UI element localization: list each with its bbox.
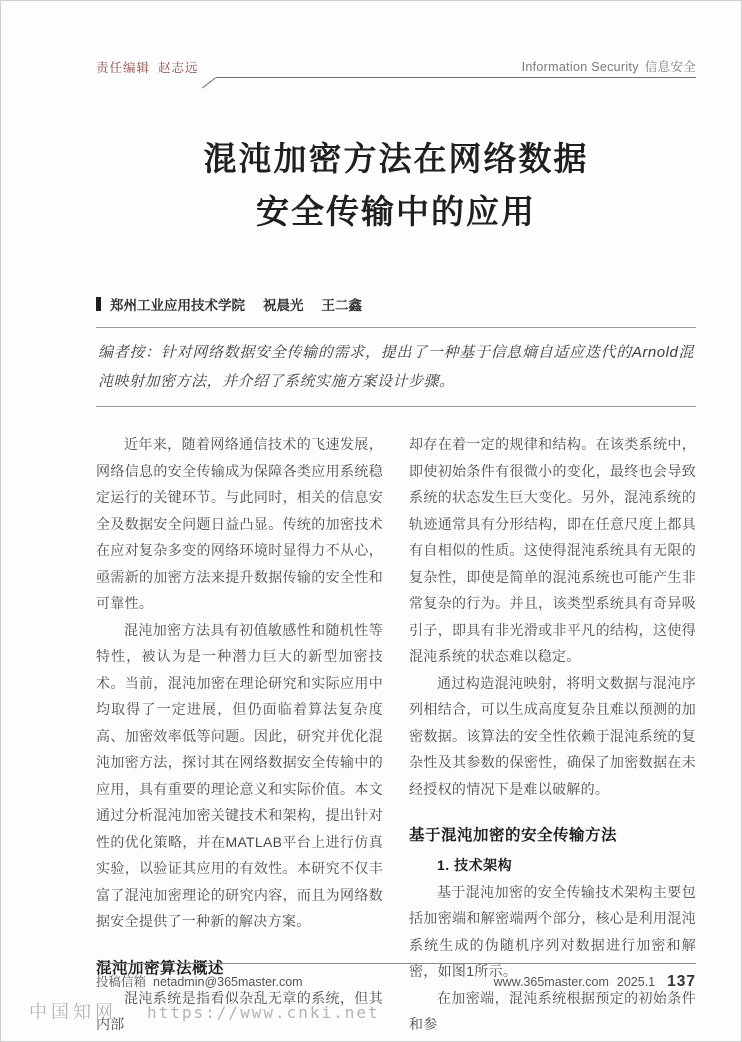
cnki-watermark: 中国知网 https://www.cnki.net (29, 998, 380, 1024)
author-name: 王二鑫 (322, 294, 363, 314)
article-title-line2: 安全传输中的应用 (96, 185, 696, 238)
journal-section-label: Information Security信息安全 (522, 57, 696, 75)
cnki-url: https://www.cnki.net (147, 1003, 380, 1022)
editor-name: 赵志远 (158, 61, 199, 75)
author-bar-marker (96, 297, 101, 311)
paragraph: 混沌加密方法具有初值敏感性和随机性等特性，被认为是一种潜力巨大的新型加密技术。当… (96, 617, 383, 935)
author-line: 郑州工业应用技术学院 祝晨光 王二鑫 (96, 294, 696, 314)
footer-contact: 投稿信箱netadmin@365master.com (96, 972, 303, 990)
author-name: 祝晨光 (263, 294, 304, 314)
article-title-line1: 混沌加密方法在网络数据 (96, 132, 696, 185)
left-column: 近年来，随着网络通信技术的飞速发展，网络信息的安全传输成为保障各类应用系统稳定运… (96, 431, 383, 1038)
editor-label: 责任编辑 (96, 61, 150, 75)
header-rule (216, 77, 696, 78)
editor-note-label: 编者按： (98, 344, 161, 361)
page-header: 责任编辑赵志远 Information Security信息安全 (96, 58, 696, 78)
contact-email: netadmin@365master.com (153, 975, 303, 989)
paragraph: 却存在着一定的规律和结构。在该类系统中，即使初始条件有很微小的变化，最终也会导致… (409, 431, 696, 670)
section-heading-secure-transmission: 基于混沌加密的安全传输方法 (409, 823, 696, 845)
article-body: 近年来，随着网络通信技术的飞速发展，网络信息的安全传输成为保障各类应用系统稳定运… (96, 431, 696, 1038)
right-column: 却存在着一定的规律和结构。在该类系统中，即使初始条件有很微小的变化，最终也会导致… (409, 431, 696, 1038)
mailbox-label: 投稿信箱 (96, 975, 146, 989)
issue-number: 2025.1 (617, 975, 655, 989)
journal-page: 责任编辑赵志远 Information Security信息安全 混沌加密方法在… (0, 0, 742, 1042)
cnki-brand: 中国知网 (29, 998, 117, 1024)
author-affiliation: 郑州工业应用技术学院 (110, 294, 245, 314)
journal-name-en: Information Security (522, 60, 639, 74)
page-number: 137 (667, 973, 696, 991)
page-footer: 投稿信箱netadmin@365master.com www.365master… (96, 963, 696, 991)
responsible-editor: 责任编辑赵志远 (96, 58, 199, 76)
editor-note-text: 针对网络数据安全传输的需求，提出了一种基于信息熵自适应迭代的Arnold混沌映射… (98, 344, 694, 390)
subsection-heading-architecture: 1. 技术架构 (409, 852, 696, 879)
paragraph: 在加密端，混沌系统根据预定的初始条件和参 (409, 985, 696, 1038)
journal-name-cn: 信息安全 (645, 60, 696, 74)
page-content: 责任编辑赵志远 Information Security信息安全 混沌加密方法在… (1, 1, 741, 1038)
website-url: www.365master.com (494, 975, 609, 989)
article-title: 混沌加密方法在网络数据 安全传输中的应用 (96, 132, 696, 238)
editor-note: 编者按：针对网络数据安全传输的需求，提出了一种基于信息熵自适应迭代的Arnold… (96, 327, 696, 407)
paragraph: 近年来，随着网络通信技术的飞速发展，网络信息的安全传输成为保障各类应用系统稳定运… (96, 431, 383, 617)
header-slash-divider (202, 77, 216, 88)
footer-meta: www.365master.com 2025.1 137 (494, 973, 696, 991)
paragraph: 通过构造混沌映射，将明文数据与混沌序列相结合，可以生成高度复杂且难以预测的加密数… (409, 670, 696, 803)
